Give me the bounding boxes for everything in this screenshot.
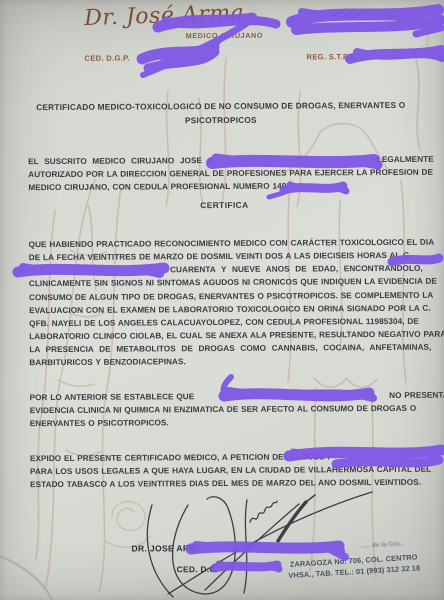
letterhead-registro-label: REG. S.T.P.S. bbox=[306, 52, 357, 61]
document-content: Dr. José Arma MEDICO CIRUJANO CED. D.G.P… bbox=[0, 0, 444, 600]
certificate-title-line2: PSICOTROPICOS bbox=[0, 112, 443, 128]
letterhead-profession: MEDICO CIRUJANO bbox=[0, 30, 444, 42]
signature-cedula: CED. D.G bbox=[177, 564, 217, 574]
issuance-paragraph: EXPIDO EL PRESENTE CERTIFICADO MEDICO, A… bbox=[30, 450, 430, 492]
letterhead-doctor-name: Dr. José Arma bbox=[84, 1, 245, 31]
body-line: BARBITURICOS Y BENZODIACEPINAS. bbox=[29, 354, 429, 370]
conclusion-paragraph: POR LO ANTERIOR SE ESTABLECE QUE NO PRES… bbox=[30, 389, 430, 431]
scanned-certificate-page: Dr. José Arma MEDICO CIRUJANO CED. D.G.P… bbox=[0, 0, 444, 600]
letterhead-cedula-label: CED. D.G.P. bbox=[84, 54, 129, 63]
conclusion-line: ENERVANTES O PSICOTROPICOS. bbox=[30, 415, 430, 431]
certifica-heading: CERTIFICA bbox=[0, 199, 444, 212]
certificate-title: CERTIFICADO MEDICO-TOXICOLOGICO DE NO CO… bbox=[0, 99, 443, 129]
signature-doctor-name: DR. JOSE ARM bbox=[131, 543, 196, 553]
body-paragraph: QUE HABIENDO PRACTICADO RECONOCIMIENTO M… bbox=[29, 236, 430, 370]
address-stamp: Dr. José Arm. ..... de la Cru.. ZARAGOZA… bbox=[269, 538, 439, 581]
issuance-line: ESTADO TABASCO A LOS VEINTITRES DIAS DEL… bbox=[30, 476, 430, 492]
intro-paragraph: EL SUSCRITO MEDICO CIRUJANO JOSE A LEGAL… bbox=[28, 153, 428, 195]
intro-line: MEDICO CIRUJANO, CON CEDULA PROFESIONAL … bbox=[28, 179, 428, 195]
certificate-title-line1: CERTIFICADO MEDICO-TOXICOLOGICO DE NO CO… bbox=[0, 99, 443, 115]
